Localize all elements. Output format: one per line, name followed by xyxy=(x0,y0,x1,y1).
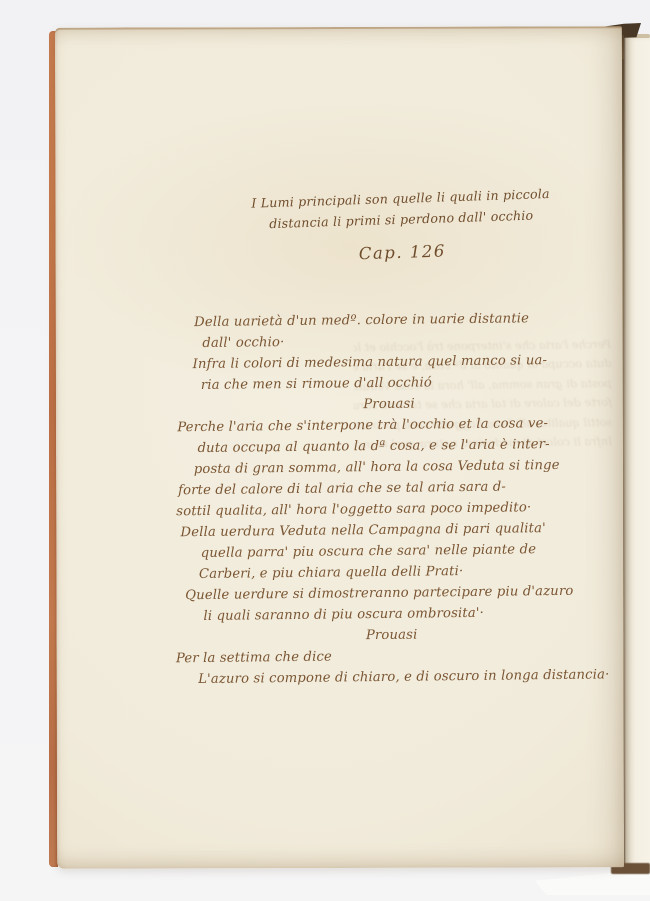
facing-page-sliver xyxy=(625,37,650,869)
photo-backdrop: Perche l'aria che s'interpone trà l'occh… xyxy=(0,0,650,901)
chapter-heading: I Lumi principali son quelle li quali in… xyxy=(204,182,598,270)
chapter-number: Cap. 126 xyxy=(206,236,598,270)
manuscript-page: Perche l'aria che s'interpone trà l'occh… xyxy=(55,26,624,868)
manuscript-body: Della uarietà d'un medº. colore in uarie… xyxy=(170,307,610,690)
text-line: L'azuro si compone di chiaro, e di oscur… xyxy=(174,664,610,690)
